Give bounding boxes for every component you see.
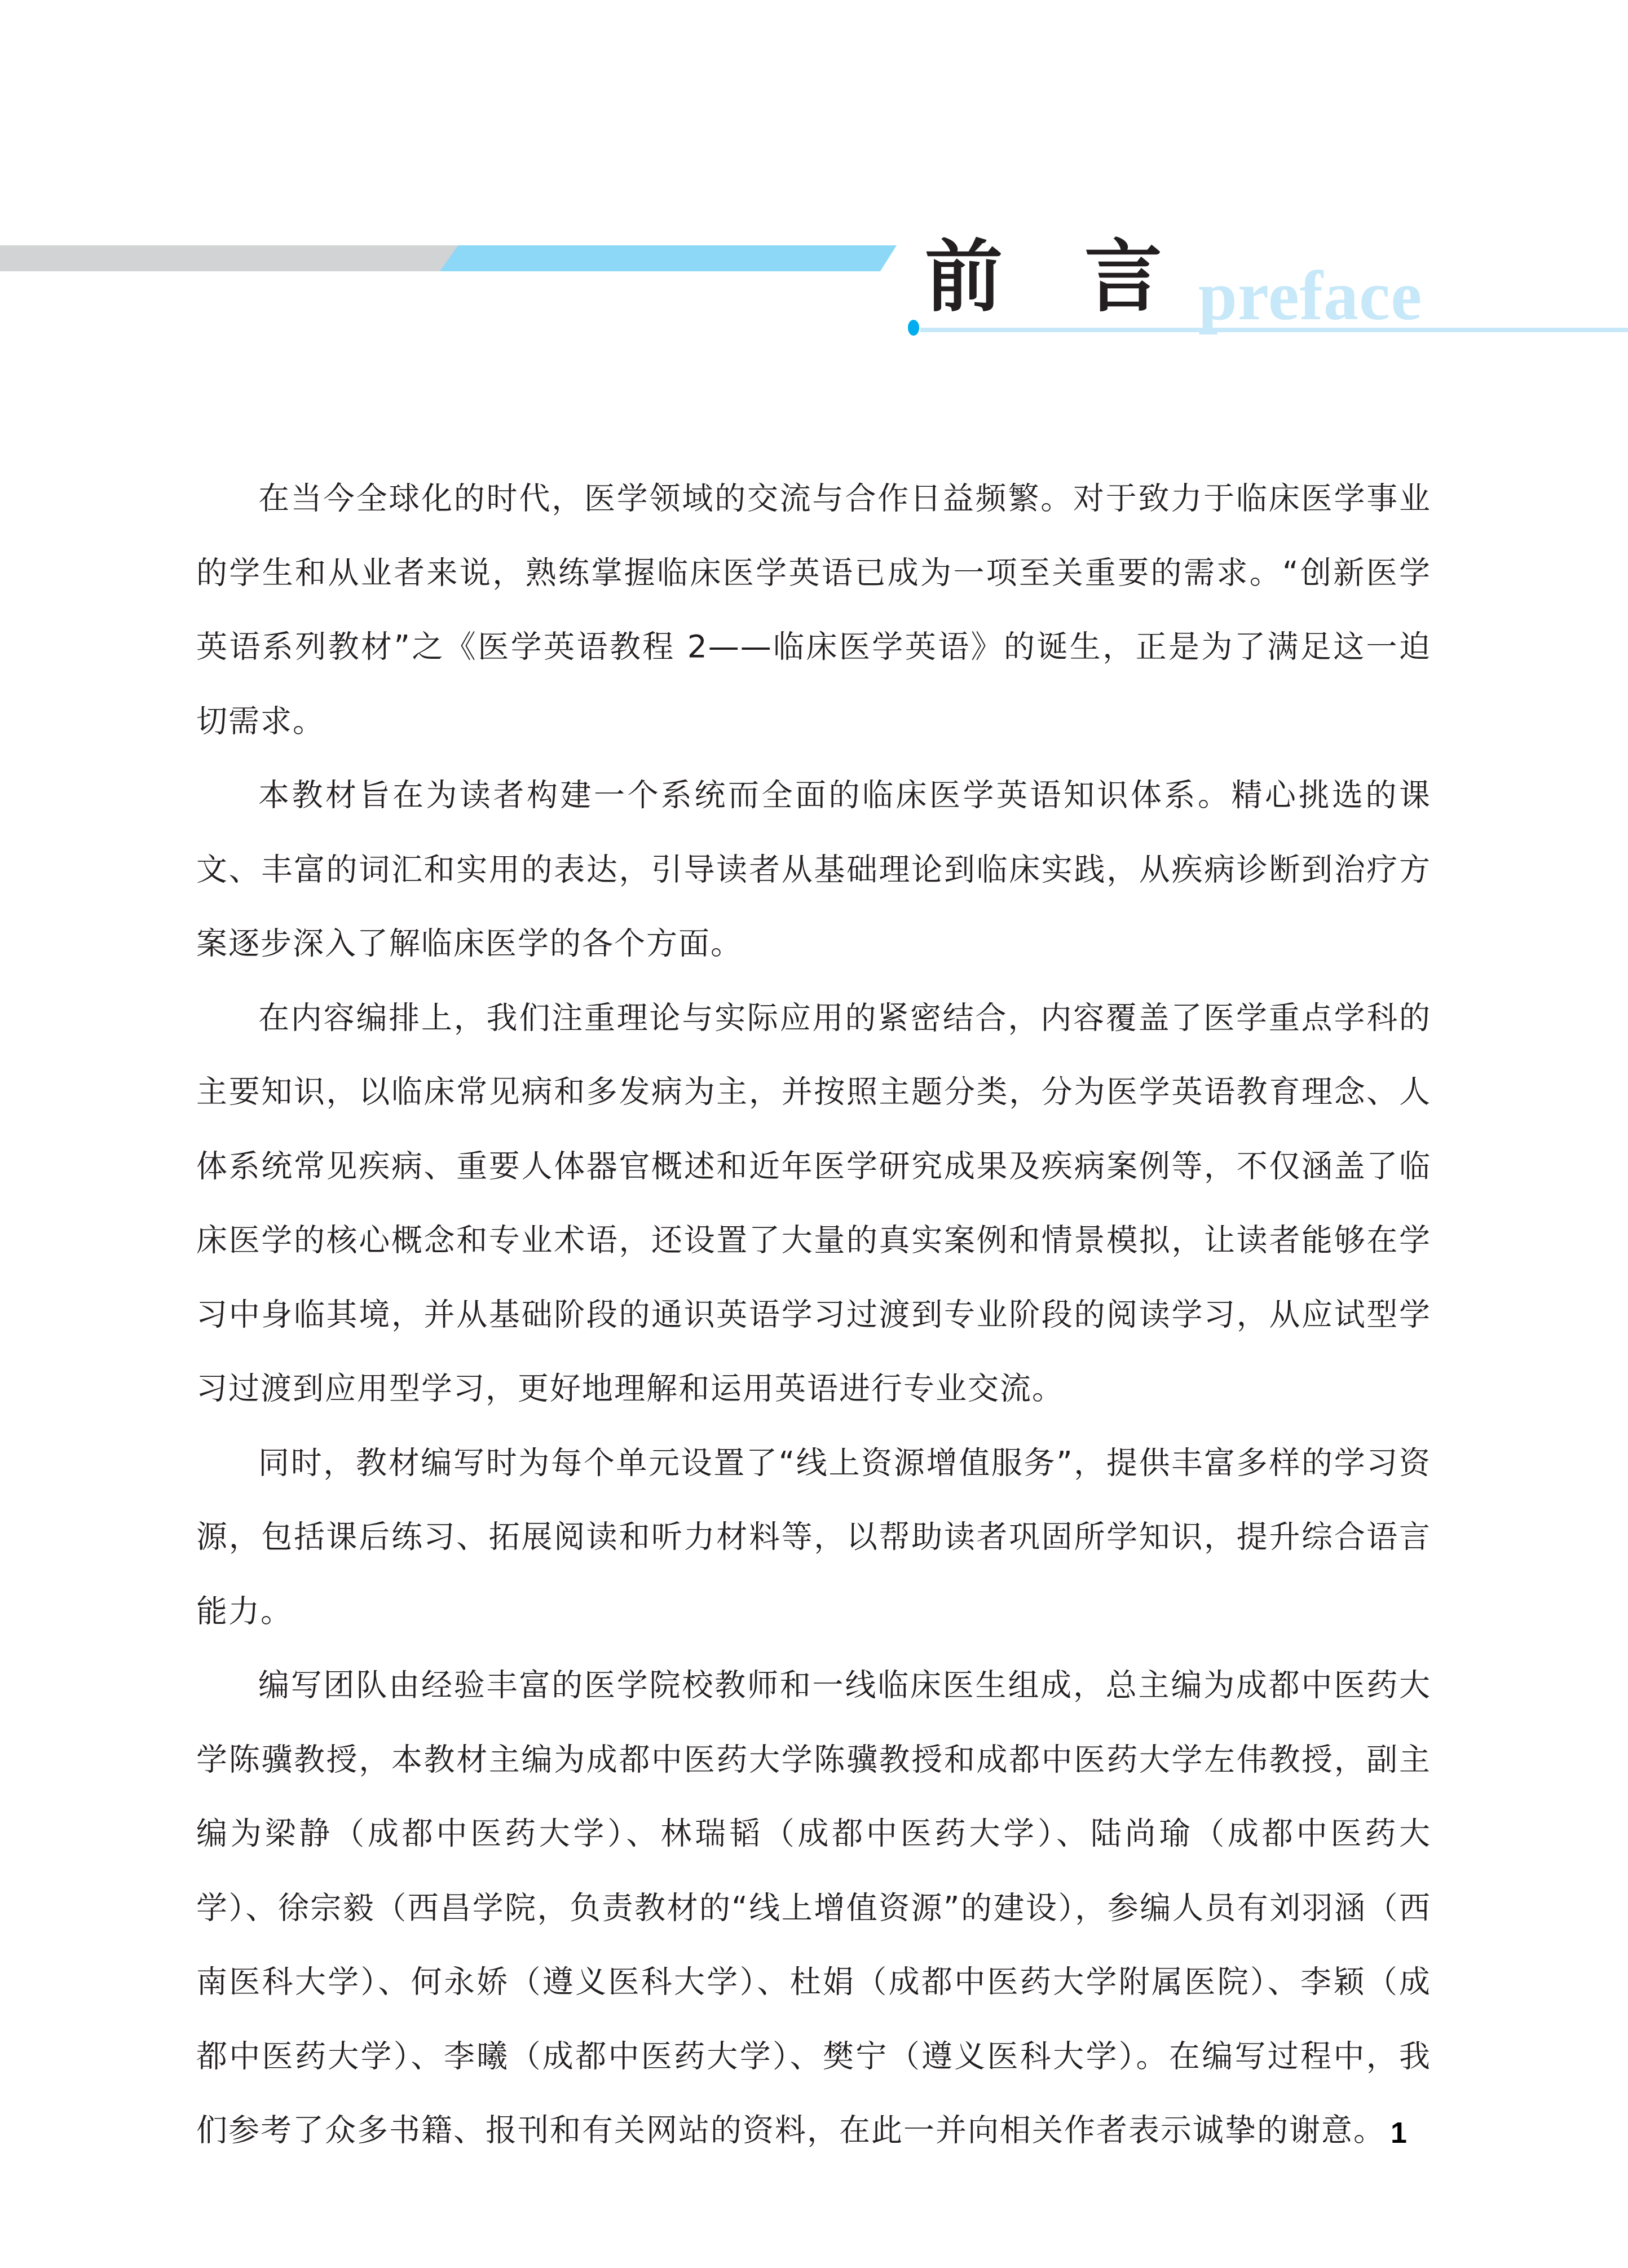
title-char-1: 前 bbox=[925, 231, 1003, 322]
preface-header: 前言 preface bbox=[0, 0, 1628, 361]
page-title-chinese: 前言 bbox=[925, 231, 1162, 322]
title-underline-rule bbox=[920, 328, 1628, 332]
page-number: 1 bbox=[1391, 2116, 1407, 2150]
paragraph-content: 在内容编排上，我们注重理论与实际应用的紧密结合，内容覆盖了医学重点学科的主要知识… bbox=[196, 981, 1431, 1426]
preface-body: 在当今全球化的时代，医学领域的交流与合作日益频繁。对于致力于临床医学事业的学生和… bbox=[196, 461, 1431, 2168]
paragraph-intro: 在当今全球化的时代，医学领域的交流与合作日益频繁。对于致力于临床医学事业的学生和… bbox=[196, 461, 1431, 758]
paragraph-aim: 本教材旨在为读者构建一个系统而全面的临床医学英语知识体系。精心挑选的课文、丰富的… bbox=[196, 758, 1431, 981]
title-char-2: 言 bbox=[1084, 231, 1162, 322]
rule-dot-icon bbox=[908, 320, 919, 336]
decorative-blue-bar bbox=[440, 245, 897, 271]
paragraph-authors: 编写团队由经验丰富的医学院校教师和一线临床医生组成，总主编为成都中医药大学陈骥教… bbox=[196, 1648, 1431, 2168]
decorative-gray-bar bbox=[0, 245, 462, 271]
paragraph-online-resources: 同时，教材编写时为每个单元设置了“线上资源增值服务”，提供丰富多样的学习资源，包… bbox=[196, 1426, 1431, 1649]
page-title-english: preface bbox=[1198, 257, 1422, 336]
